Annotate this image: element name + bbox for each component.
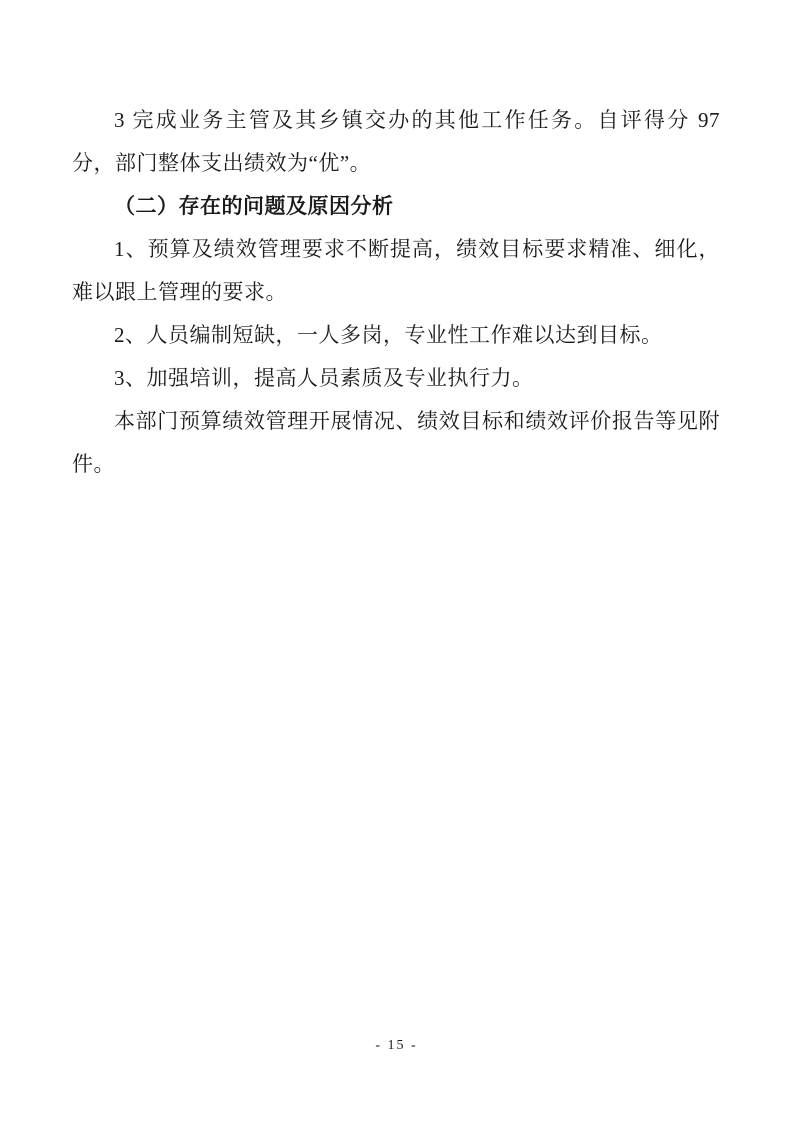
section-heading-problems-and-causes: （二）存在的问题及原因分析	[72, 185, 720, 228]
document-body: 3 完成业务主管及其乡镇交办的其他工作任务。自评得分 97 分，部门整体支出绩效…	[72, 99, 720, 486]
document-page: 3 完成业务主管及其乡镇交办的其他工作任务。自评得分 97 分，部门整体支出绩效…	[0, 0, 793, 1122]
paragraph-attachment-note: 本部门预算绩效管理开展情况、绩效目标和绩效评价报告等见附件。	[72, 400, 720, 486]
page-number: - 15 -	[0, 1036, 793, 1056]
paragraph-self-evaluation-score: 3 完成业务主管及其乡镇交办的其他工作任务。自评得分 97 分，部门整体支出绩效…	[72, 99, 720, 185]
paragraph-problem-1: 1、预算及绩效管理要求不断提高，绩效目标要求精准、细化，难以跟上管理的要求。	[72, 228, 720, 314]
paragraph-problem-2: 2、人员编制短缺，一人多岗，专业性工作难以达到目标。	[72, 314, 720, 357]
paragraph-problem-3: 3、加强培训，提高人员素质及专业执行力。	[72, 357, 720, 400]
